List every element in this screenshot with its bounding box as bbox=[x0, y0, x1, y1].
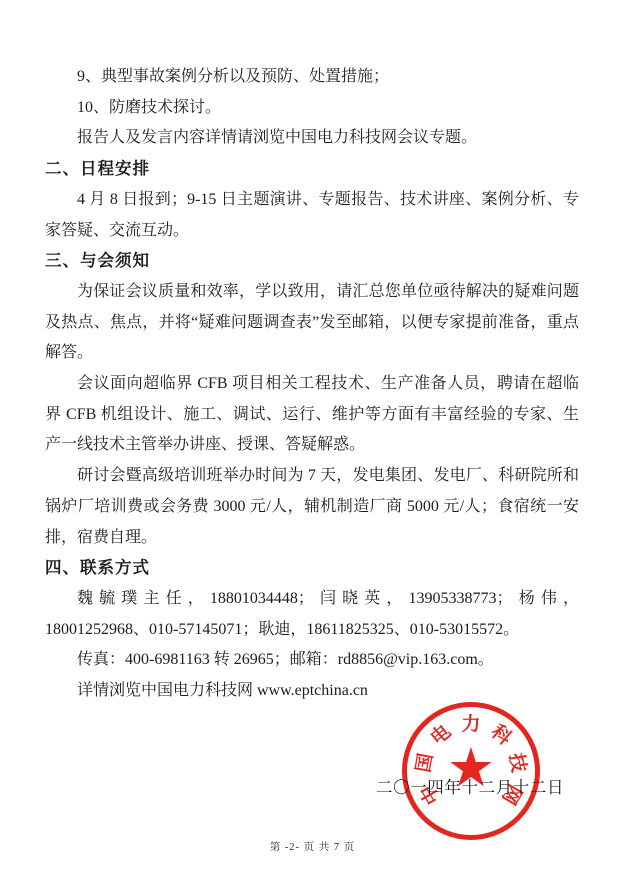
paragraph-notes-3: 研讨会暨高级培训班举办时间为 7 天，发电集团、发电厂、科研院所和锅炉厂培训费或… bbox=[45, 461, 579, 553]
list-item-9: 9、典型事故案例分析以及预防、处置措施； bbox=[45, 62, 579, 93]
paragraph-contact-names: 魏毓璞主任，18801034448；闫晓英，13905338773；杨伟，180… bbox=[45, 584, 579, 645]
document-page: 9、典型事故案例分析以及预防、处置措施； 10、防磨技术探讨。 报告人及发言内容… bbox=[0, 0, 625, 883]
page-number-label: 第 -2- 页 共 7 页 bbox=[270, 842, 356, 853]
section-heading-contact: 四、联系方式 bbox=[45, 553, 579, 584]
list-item-10: 10、防磨技术探讨。 bbox=[45, 93, 579, 124]
document-body: 9、典型事故案例分析以及预防、处置措施； 10、防磨技术探讨。 报告人及发言内容… bbox=[45, 62, 579, 707]
section-heading-notes: 三、与会须知 bbox=[45, 246, 579, 277]
official-seal-stamp: ★ 中 国 电 力 科 技 网 bbox=[402, 702, 540, 840]
paragraph-contact-fax-email: 传真：400-6981163 转 26965；邮箱：rd8856@vip.163… bbox=[45, 645, 579, 676]
intro-note: 报告人及发言内容详情请浏览中国电力科技网会议专题。 bbox=[45, 123, 579, 154]
paragraph-notes-2: 会议面向超临界 CFB 项目相关工程技术、生产准备人员，聘请在超临界 CFB 机… bbox=[45, 369, 579, 461]
stamp-char-4: 力 bbox=[460, 714, 482, 736]
section-heading-schedule: 二、日程安排 bbox=[45, 154, 579, 185]
date-line: 二〇一四年十二月十二日 bbox=[376, 774, 564, 798]
stamp-char-2: 国 bbox=[413, 750, 438, 775]
paragraph-notes-1: 为保证会议质量和效率，学以致用，请汇总您单位亟待解决的疑难问题及热点、焦点，并将… bbox=[45, 277, 579, 369]
page-footer: 第 -2- 页 共 7 页 bbox=[0, 839, 625, 854]
paragraph-schedule: 4 月 8 日报到；9-15 日主题演讲、专题报告、技术讲座、案例分析、专家答疑… bbox=[45, 185, 579, 246]
stamp-char-6: 技 bbox=[504, 750, 529, 775]
